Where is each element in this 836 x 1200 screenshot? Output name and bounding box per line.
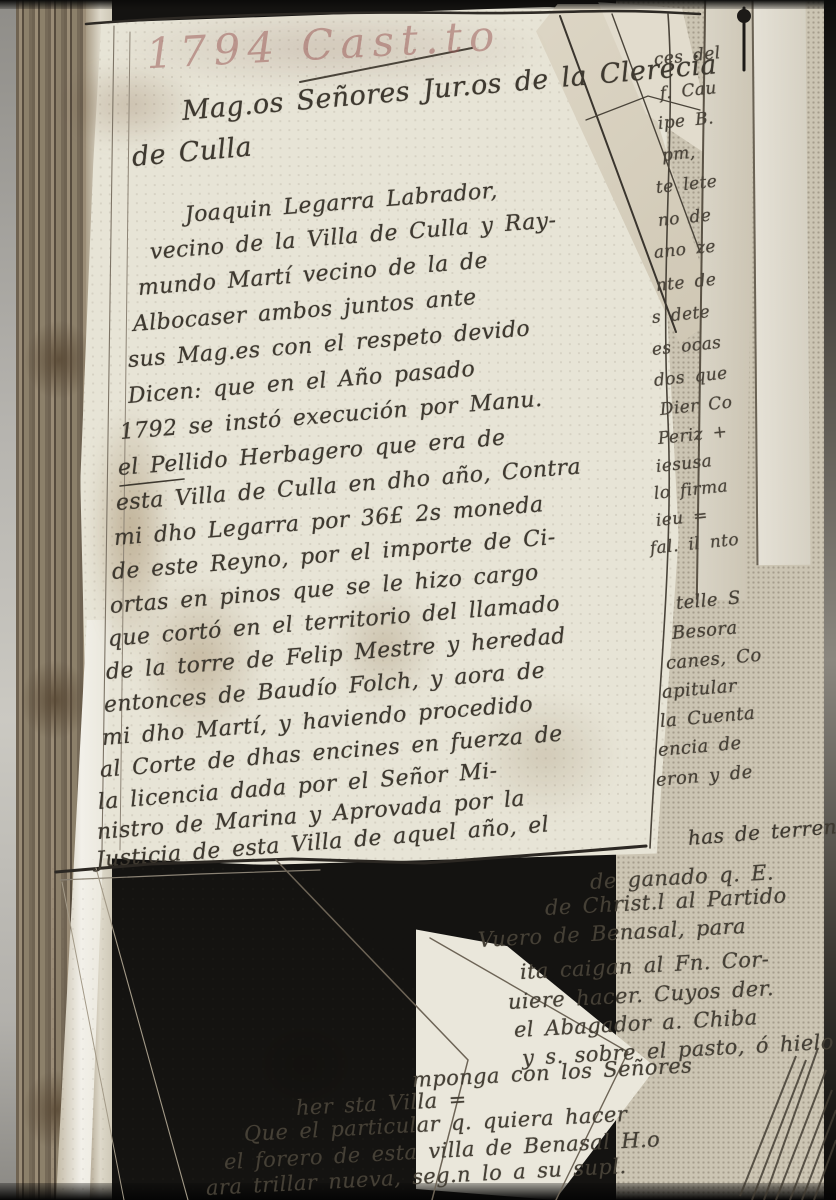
ink-blot — [737, 9, 751, 23]
hatch-line — [814, 1140, 836, 1200]
hatch-line — [740, 1056, 796, 1196]
flap-fold-line — [96, 868, 188, 1200]
manuscript-scan: 1794 Cast.to Mag.os Señores Jur.os de la… — [0, 0, 836, 1200]
torn-fragment: pm, — [661, 143, 697, 166]
corner-hatching — [740, 1048, 836, 1200]
flap-fold-line — [62, 882, 124, 1200]
